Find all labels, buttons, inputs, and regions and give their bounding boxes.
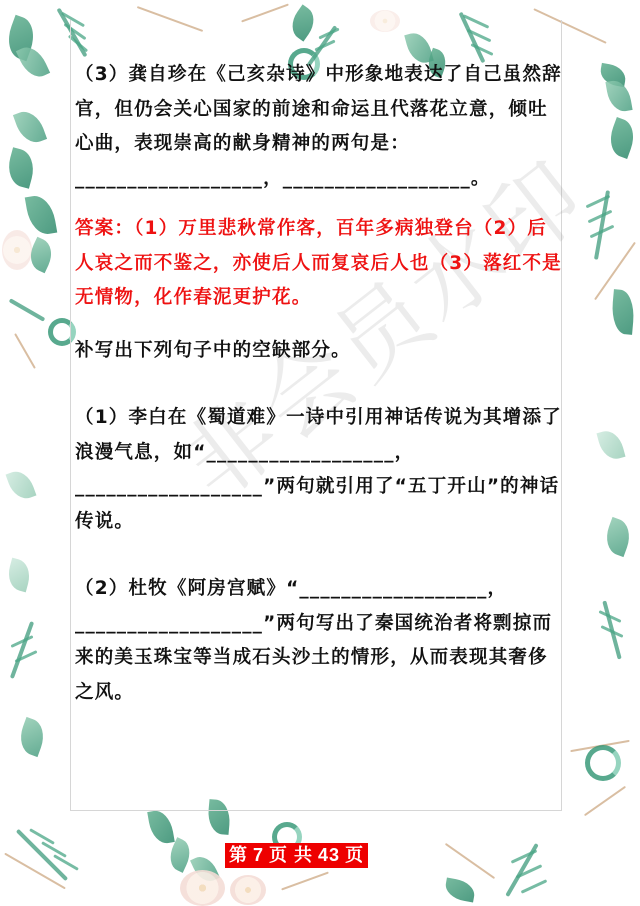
item-1-line2: __________________”两句就引用了“五丁开山”的神话传说。 (75, 476, 559, 532)
fill-blank-item-2: （2）杜牧《阿房宫赋》“__________________，_________… (75, 572, 565, 710)
item-2-text: （2）杜牧《阿房宫赋》“__________________，_________… (75, 572, 565, 710)
fill-blank-item-1: （1）李白在《蜀道难》一诗中引用神话传说为其增添了浪漫气息，如“________… (75, 401, 565, 539)
page-middle-text: 页 共 (269, 845, 313, 865)
page-number-badge: 第7页 共43页 (225, 843, 368, 868)
document-body: （3）龚自珍在《己亥杂诗》中形象地表达了自己虽然辞官，但仍会关心国家的前途和命运… (75, 58, 565, 710)
page-suffix: 页 (345, 845, 364, 865)
item-1-text: （1）李白在《蜀道难》一诗中引用神话传说为其增添了浪漫气息，如“________… (75, 401, 565, 539)
item-2-line2: __________________”两句写出了秦国统治者将剽掠而来的美玉珠宝等… (75, 613, 552, 703)
item-1-line1: （1）李白在《蜀道难》一诗中引用神话传说为其增添了浪漫气息，如“________… (75, 407, 562, 463)
item-2-line1: （2）杜牧《阿房宫赋》“__________________， (75, 578, 507, 599)
total-pages-number: 43 (318, 845, 340, 865)
question-3-prompt: （3）龚自珍在《己亥杂诗》中形象地表达了自己虽然辞官，但仍会关心国家的前途和命运… (75, 58, 565, 162)
question-3-blanks: __________________，__________________。 (75, 162, 565, 197)
section-instruction: 补写出下列句子中的空缺部分。 (75, 334, 565, 369)
page-prefix: 第 (229, 845, 248, 865)
current-page-number: 7 (253, 845, 264, 865)
answer-text: 答案：（1）万里悲秋常作客，百年多病独登台（2）后人哀之而不鉴之，亦使后人而复哀… (75, 212, 565, 316)
